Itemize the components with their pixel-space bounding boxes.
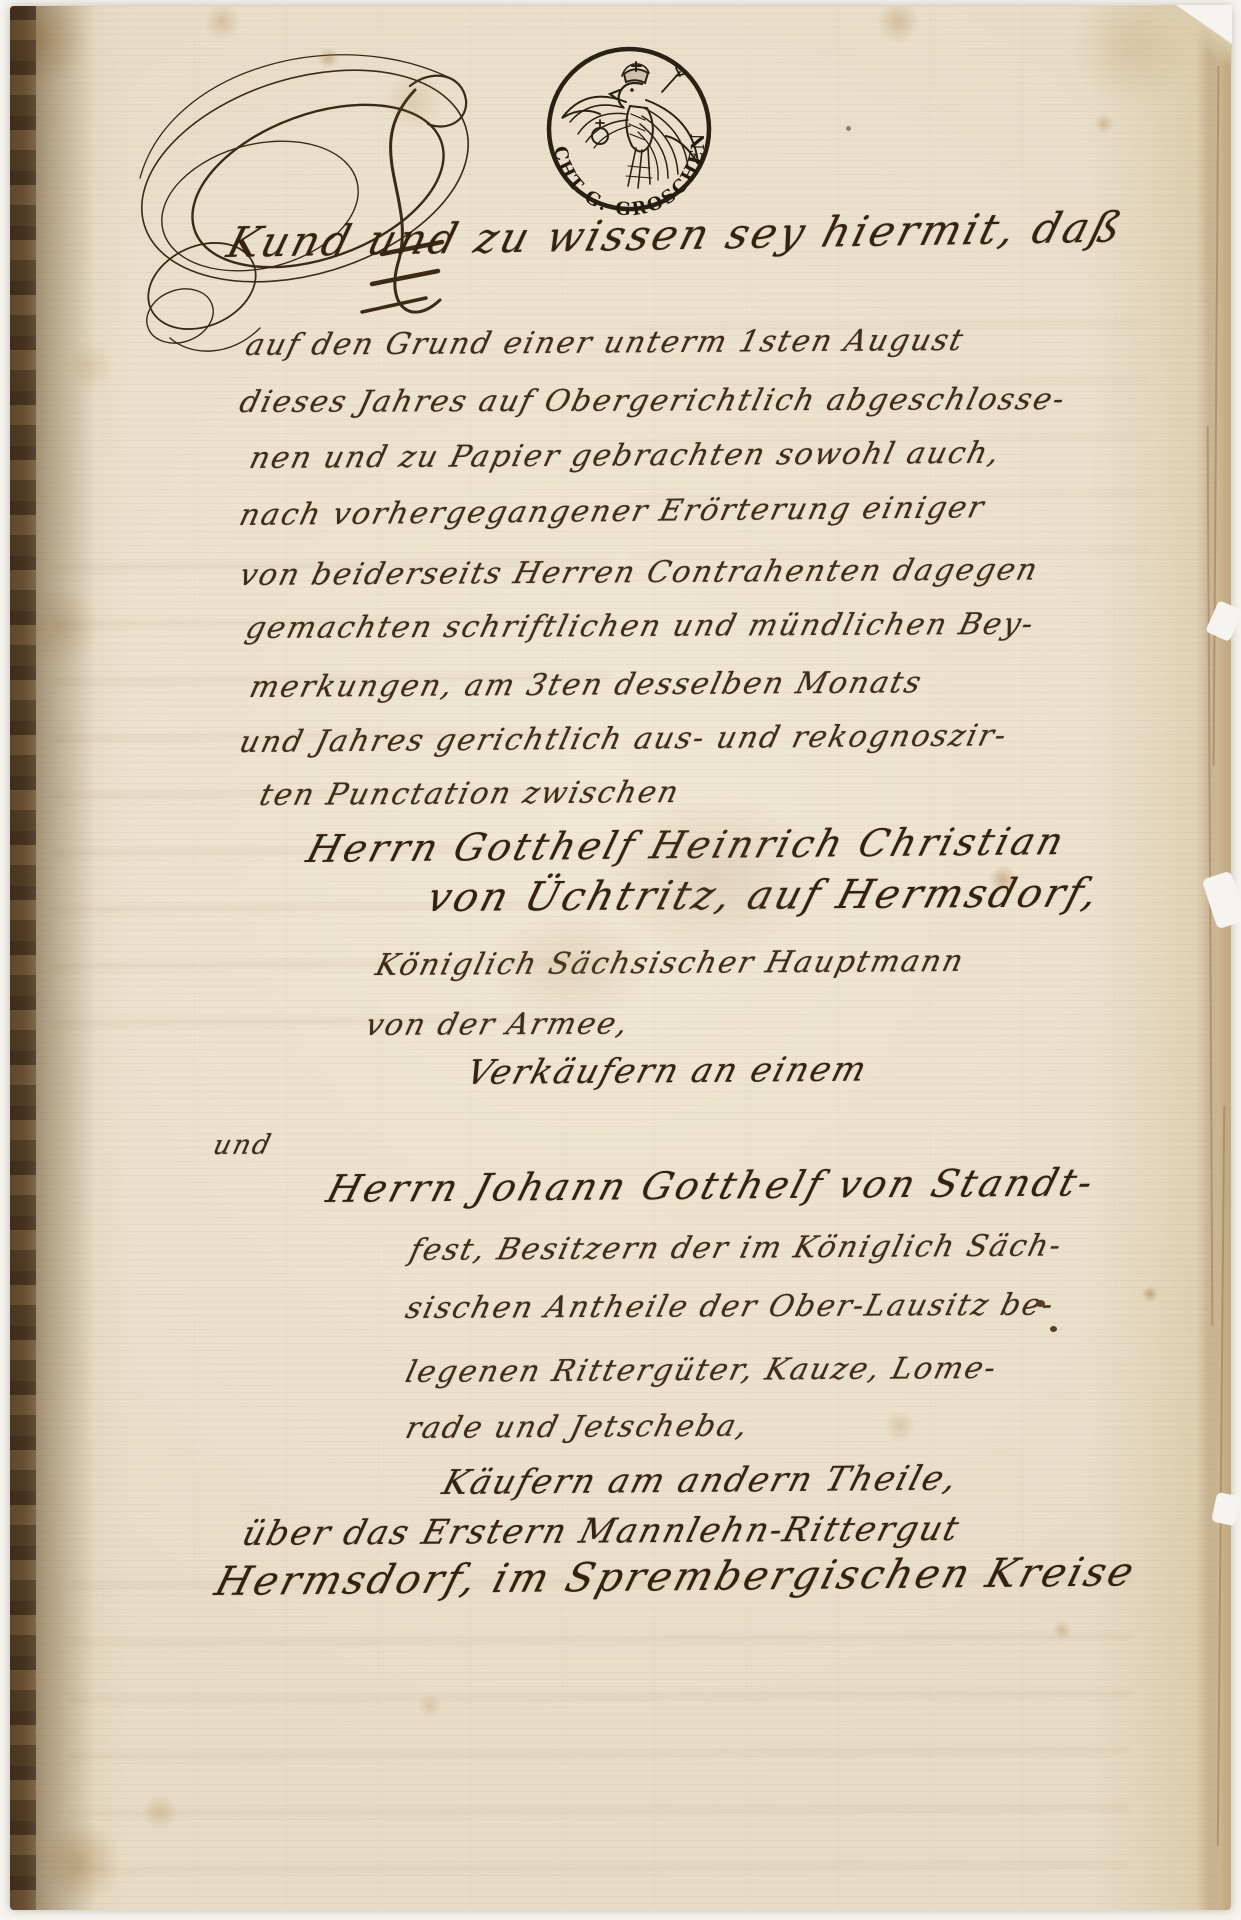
seller-role-line: Verkäufern an einem xyxy=(462,1050,873,1093)
buyer-name-line: Herrn Johann Gotthelf von Standt- xyxy=(322,1160,1101,1211)
buyer-title-line: legenen Rittergüter, Kauze, Lome- xyxy=(402,1351,1001,1390)
edge-tear xyxy=(1211,1492,1241,1526)
body-line: nach vorhergegangener Erörterung einiger xyxy=(236,490,989,533)
subject-line: über das Erstern Mannlehn-Rittergut xyxy=(238,1509,965,1554)
seller-title-line: von der Armee, xyxy=(362,1007,633,1043)
verso-bleedthrough xyxy=(69,1563,1131,1899)
binding-shadow xyxy=(36,6,96,1910)
body-line: auf den Grund einer unterm 1sten August xyxy=(242,323,968,363)
buyer-title-line: rade und Jetscheba, xyxy=(402,1409,753,1446)
seller-name-line: von Üchtritz, auf Hermsdorf, xyxy=(422,870,1106,921)
revenue-stamp: ACHT G. GROSCHEN xyxy=(538,36,720,222)
deckle-edge xyxy=(1197,6,1231,1910)
ink-spot xyxy=(1050,1326,1057,1332)
dog-ear-corner xyxy=(1146,5,1232,65)
body-line: nen und zu Papier gebrachten sowohl auch… xyxy=(246,436,1005,476)
ornamental-flourish-icon xyxy=(110,28,480,358)
buyer-title-line: sischen Antheile der Ober-Lausitz be- xyxy=(402,1288,1059,1326)
crowned-eagle-icon xyxy=(562,62,698,188)
ink-spot xyxy=(846,126,851,131)
ink-spot xyxy=(1036,1300,1045,1307)
seller-title-line: Königlich Sächsischer Hauptmann xyxy=(372,944,968,983)
manuscript-page: ACHT G. GROSCHEN Kund und zu wissen sey … xyxy=(10,6,1231,1910)
body-line: und Jahres gerichtlich aus- und rekognos… xyxy=(236,718,1011,760)
buyer-role-line: Käufern am andern Theile, xyxy=(438,1459,963,1503)
seller-name-line: Herrn Gotthelf Heinrich Christian xyxy=(302,819,1071,871)
binding-spine-edge xyxy=(10,6,36,1910)
body-line: ten Punctation zwischen xyxy=(256,775,684,813)
buyer-title-line: fest, Besitzern der im Königlich Säch- xyxy=(406,1228,1066,1268)
connector-line: und xyxy=(210,1130,276,1161)
body-line: merkungen, am 3ten desselben Monats xyxy=(246,665,926,705)
body-line: dieses Jahres auf Obergerichtlich abgesc… xyxy=(236,382,1070,420)
body-line: von beiderseits Herren Contrahenten dage… xyxy=(236,552,1043,593)
subject-line: Hermsdorf, im Sprembergischen Kreise xyxy=(210,1549,1142,1605)
body-line: gemachten schriftlichen und mündlichen B… xyxy=(242,607,1039,646)
